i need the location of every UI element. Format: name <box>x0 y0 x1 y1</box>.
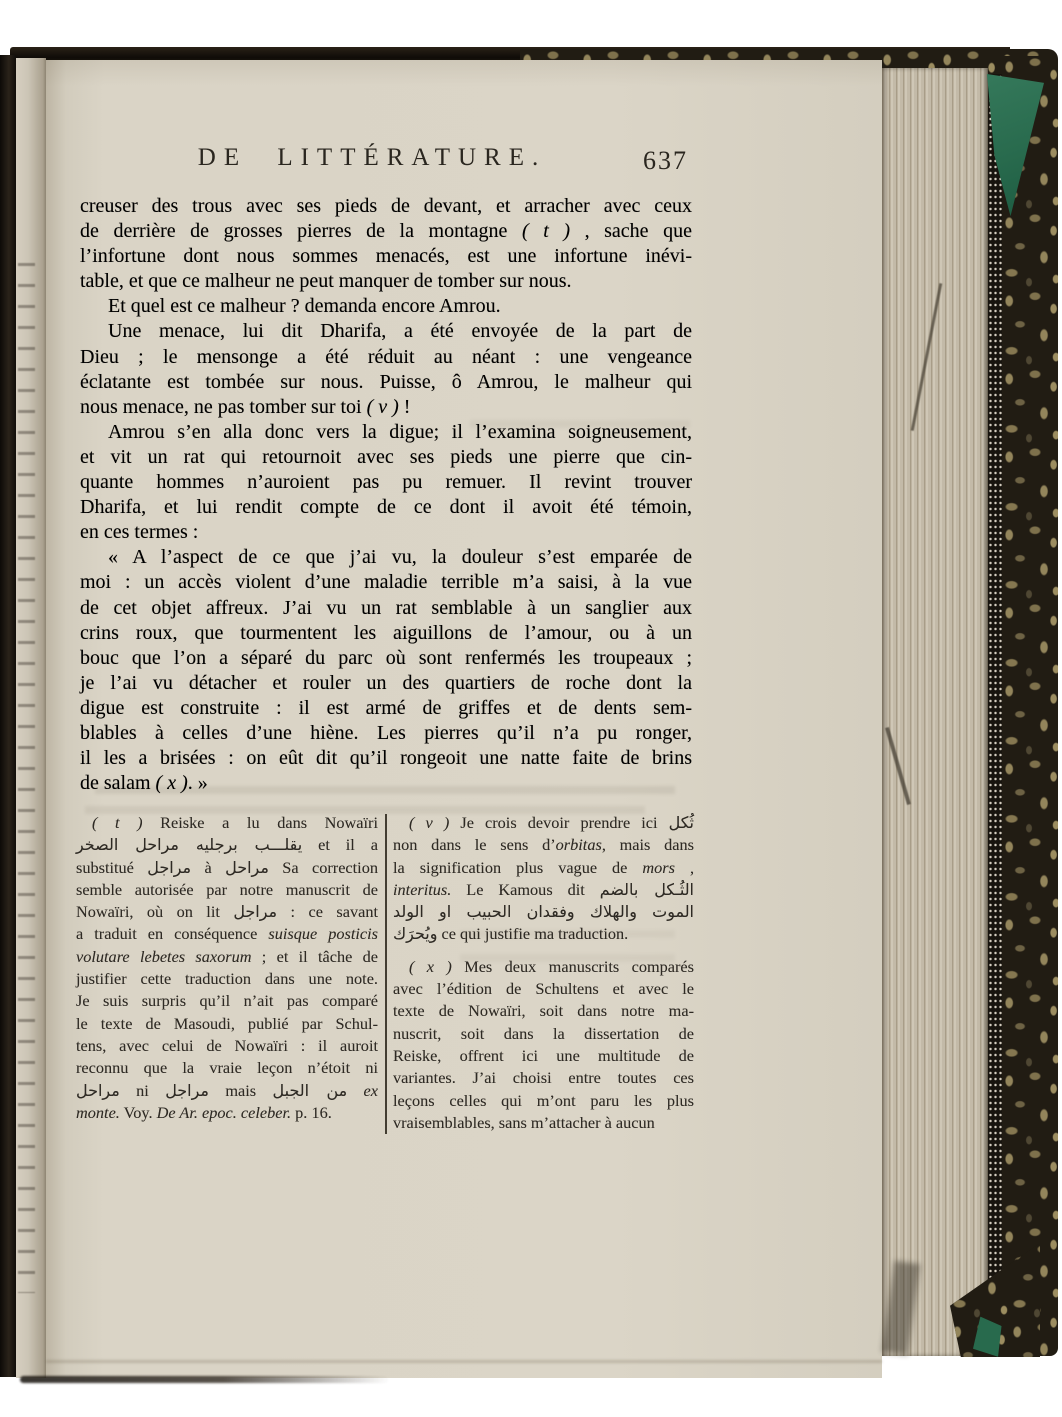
text-run: nuscrit, soit dans la dissertation de <box>393 1024 694 1043</box>
facing-page-sliver <box>16 58 46 1378</box>
text-run: non dans le sens d’ <box>393 835 556 854</box>
text-line: l’infortune dont nous sommes menacés, es… <box>80 244 692 269</box>
text-line: Amrou s’en alla donc vers la digue; il l… <box>80 420 692 445</box>
text-line: Une menace, lui dit Dharifa, a été envoy… <box>80 319 692 344</box>
italic-run: ex <box>364 1081 378 1100</box>
italic-run: interitus. <box>393 880 451 899</box>
text-run: Nowaïri, où on lit <box>76 902 233 921</box>
text-run: . » <box>188 772 208 794</box>
paragraph: Une menace, lui dit Dharifa, a été envoy… <box>80 319 692 419</box>
text-run: Dieu ; le mensonge a été réduit au néant… <box>80 346 692 368</box>
page-header-title: DE LITTÉRATURE. <box>66 144 678 172</box>
paragraph: Amrou s’en alla donc vers la digue; il l… <box>80 420 692 545</box>
footnote-right-column: ( v ) Je crois devoir prendre ici ثُكلno… <box>393 812 694 1134</box>
footnotes: ( t ) Reiske a lu dans Nowaïriيقلـــب بر… <box>76 812 694 1134</box>
text-run: nous menace, ne pas tomber sur toi <box>80 396 367 418</box>
text-line: tens, avec celui de Nowaïri : il auroit <box>76 1035 378 1057</box>
paragraph: « A l’aspect de ce que j’ai vu, la doule… <box>80 545 692 796</box>
text-line: nuscrit, soit dans la dissertation de <box>393 1023 694 1045</box>
text-run: l’infortune dont nous sommes menacés, es… <box>80 245 692 267</box>
text-line: non dans le sens d’orbitas, mais dans <box>393 834 694 856</box>
text-run: a traduit en conséquence <box>76 924 268 943</box>
arabic-run: من الجبل <box>273 1081 348 1100</box>
text-run: et il a <box>302 835 378 854</box>
text-line: quante hommes n’auroient pas pu remuer. … <box>80 470 692 495</box>
text-line: de cet objet affreux. J’ai vu un rat sem… <box>80 596 692 621</box>
arabic-run: الثُـكل بالضم <box>600 880 694 899</box>
text-line: nous menace, ne pas tomber sur toi ( v )… <box>80 395 692 420</box>
arabic-run: مراجل <box>233 902 277 921</box>
text-run: Et quel est ce malheur ? demanda encore … <box>108 295 501 317</box>
text-line: je l’ai vu détacher et rouler un des qua… <box>80 671 692 696</box>
text-run: quante hommes n’auroient pas pu remuer. … <box>80 471 692 493</box>
italic-run: De Ar. epoc. celeber. <box>157 1103 291 1122</box>
text-line: la signification plus vague de mors , <box>393 857 694 879</box>
footnote-left-column: ( t ) Reiske a lu dans Nowaïriيقلـــب بر… <box>76 812 378 1134</box>
italic-run: ( t ) <box>92 813 143 832</box>
text-run: Une menace, lui dit Dharifa, a été envoy… <box>108 320 692 342</box>
text-line: moi : un accès violent d’une maladie ter… <box>80 570 692 595</box>
text-run: Je suis surpris qu’il n’ait pas comparé <box>76 991 378 1010</box>
text-run: Reiske, offrent ici une multitude de <box>393 1046 694 1065</box>
text-run: de salam <box>80 772 156 794</box>
text-run: Dharifa, et lui rendit compte de ce dont… <box>80 496 692 518</box>
text-line: texte de Nowaïri, soit dans notre ma- <box>393 1000 694 1022</box>
text-line: الموت والهلاك وفقدان الحبيب او الولد <box>393 901 694 923</box>
text-line: vraisemblables, sans m’attacher à aucun <box>393 1112 694 1134</box>
text-run: bouc que l’on a séparé du parc où sont r… <box>80 647 692 669</box>
footnote: ( x ) Mes deux manuscrits comparésavec l… <box>393 956 694 1134</box>
page-number: 637 <box>643 146 688 176</box>
text-run: de derrière de grosses pierres de la mon… <box>80 220 522 242</box>
text-run: table, et que ce malheur ne peut manquer… <box>80 270 572 292</box>
text-line: Reiske, offrent ici une multitude de <box>393 1045 694 1067</box>
photo-of-book-page: { "colors": { "bg": "#ffffff", "page": "… <box>0 0 1062 1417</box>
text-line: Et quel est ce malheur ? demanda encore … <box>80 294 692 319</box>
text-line: a traduit en conséquence suisque postici… <box>76 923 378 945</box>
text-line: Dharifa, et lui rendit compte de ce dont… <box>80 495 692 520</box>
gutter-shadow <box>0 55 16 1377</box>
text-run: Amrou s’en alla donc vers la digue; il l… <box>108 421 692 443</box>
text-line: il les a brisées : on eût dit qu’il rong… <box>80 746 692 771</box>
text-run: : ce savant <box>277 902 378 921</box>
fore-edge-page-block <box>882 68 988 1356</box>
text-run: reconnu que la vraie leçon n’étoit ni <box>76 1058 378 1077</box>
text-line: blables à celles d’une hiène. Les pierre… <box>80 721 692 746</box>
italic-run: ( x ) <box>156 772 188 794</box>
text-run: la signification plus vague de <box>393 858 642 877</box>
text-run: substitué <box>76 858 147 877</box>
text-run: p. 16. <box>291 1103 332 1122</box>
text-run: blables à celles d’une hiène. Les pierre… <box>80 722 692 744</box>
facing-page-text-fragments <box>18 263 35 1293</box>
text-run: ni <box>120 1081 165 1100</box>
text-line: يقلـــب برجليه مراحل الصخر et il a <box>76 834 378 856</box>
text-run: « A l’aspect de ce que j’ai vu, la doule… <box>108 546 692 568</box>
text-run: leçons celles qui m’ont paru les plus <box>393 1091 694 1110</box>
italic-run: ( t ) <box>522 220 570 242</box>
text-run: ! <box>399 396 411 418</box>
text-line: creuser des trous avec ses pieds de deva… <box>80 194 692 219</box>
text-line: bouc que l’on a séparé du parc où sont r… <box>80 646 692 671</box>
text-line: éclatante est tombée sur nous. Puisse, ô… <box>80 370 692 395</box>
text-line: « A l’aspect de ce que j’ai vu, la doule… <box>80 545 692 570</box>
footnote: ( t ) Reiske a lu dans Nowaïriيقلـــب بر… <box>76 812 378 1124</box>
text-run: Mes deux manuscrits comparés <box>452 957 694 976</box>
footnote: ( v ) Je crois devoir prendre ici ثُكلno… <box>393 812 694 946</box>
text-run: éclatante est tombée sur nous. Puisse, ô… <box>80 371 692 393</box>
arabic-run: مراجل <box>165 1081 209 1100</box>
text-line: variantes. J’ai choisi entre toutes ces <box>393 1067 694 1089</box>
text-run: je l’ai vu détacher et rouler un des qua… <box>80 672 692 694</box>
text-line: reconnu que la vraie leçon n’étoit ni <box>76 1057 378 1079</box>
text-run: en ces termes : <box>80 521 198 543</box>
text-run: creuser des trous avec ses pieds de deva… <box>80 195 692 217</box>
text-run: crins roux, que tourmentent les aiguillo… <box>80 622 692 644</box>
text-run: texte de Nowaïri, soit dans notre ma- <box>393 1001 694 1020</box>
marbled-board-cover <box>1002 56 1058 1356</box>
text-line: en ces termes : <box>80 520 692 545</box>
text-run: , sache que <box>570 220 692 242</box>
text-line: interitus. Le Kamous dit الثُـكل بالضم <box>393 879 694 901</box>
text-run: tens, avec celui de Nowaïri : il auroit <box>76 1036 378 1055</box>
text-line: leçons celles qui m’ont paru les plus <box>393 1090 694 1112</box>
arabic-run: يقلـــب برجليه مراحل الصخر <box>76 835 302 854</box>
text-run: Voy. <box>120 1103 157 1122</box>
text-run: Sa correction <box>269 858 378 877</box>
text-run: Je crois devoir prendre ici <box>449 813 668 832</box>
italic-run: ( v ) <box>409 813 449 832</box>
text-line: le texte de Masoudi, publié par Schul- <box>76 1013 378 1035</box>
text-run: justifier cette traduction dans une note… <box>76 969 378 988</box>
text-line: de derrière de grosses pierres de la mon… <box>80 219 692 244</box>
text-line: de salam ( x ). » <box>80 771 692 796</box>
book-bottom-edge <box>20 1376 390 1383</box>
text-line: et vit un rat qui retournoit avec ses pi… <box>80 445 692 470</box>
text-run: vraisemblables, sans m’attacher à aucun <box>393 1113 655 1132</box>
text-run: ; et il tâche de <box>252 947 378 966</box>
text-run: il les a brisées : on eût dit qu’il rong… <box>80 747 692 769</box>
text-run: et vit un rat qui retournoit avec ses pi… <box>80 446 692 468</box>
text-line: semble autorisée par notre manuscrit de <box>76 879 378 901</box>
text-run: mais <box>209 1081 273 1100</box>
page-bottom-crease <box>46 1360 882 1363</box>
text-line: ويُحرَك ce qui justifie ma traduction. <box>393 923 694 945</box>
italic-run: suisque posticis <box>268 924 378 943</box>
text-run: Reiske a lu dans Nowaïri <box>143 813 378 832</box>
text-run: le texte de Masoudi, publié par Schul- <box>76 1014 378 1033</box>
text-run: digue est construite : il est armé de gr… <box>80 697 692 719</box>
text-line: ( x ) Mes deux manuscrits comparés <box>393 956 694 978</box>
text-run: ce qui justifie ma traduction. <box>437 924 628 943</box>
text-line: substitué مراجل à مراحل Sa correction <box>76 857 378 879</box>
text-run: à <box>191 858 225 877</box>
text-line: monte. Voy. De Ar. epoc. celeber. p. 16. <box>76 1102 378 1124</box>
text-run: , <box>675 858 694 877</box>
arabic-run: مراجل <box>147 858 191 877</box>
footnote-column-divider <box>385 814 387 1134</box>
page-header: DE LITTÉRATURE. 637 <box>80 144 692 186</box>
text-line: table, et que ce malheur ne peut manquer… <box>80 269 692 294</box>
marbled-endpaper-strip <box>988 74 1002 1346</box>
italic-run: ( x ) <box>409 957 452 976</box>
text-line: Je suis surpris qu’il n’ait pas comparé <box>76 990 378 1012</box>
text-line: مراحل ni مراجل mais من الجبل ex <box>76 1080 378 1102</box>
paragraph: creuser des trous avec ses pieds de deva… <box>80 194 692 294</box>
text-run: de cet objet affreux. J’ai vu un rat sem… <box>80 597 692 619</box>
text-line: Nowaïri, où on lit مراجل : ce savant <box>76 901 378 923</box>
arabic-run: مراحل <box>76 1081 120 1100</box>
paragraph: Et quel est ce malheur ? demanda encore … <box>80 294 692 319</box>
body-text: creuser des trous avec ses pieds de deva… <box>80 194 692 796</box>
italic-run: monte. <box>76 1103 120 1122</box>
text-line: avec l’édition de Schultens et avec le <box>393 978 694 1000</box>
text-line: crins roux, que tourmentent les aiguillo… <box>80 621 692 646</box>
arabic-run: مراحل <box>225 858 269 877</box>
text-line: Dieu ; le mensonge a été réduit au néant… <box>80 345 692 370</box>
italic-run: ( v ) <box>367 396 399 418</box>
text-run: , mais dans <box>602 835 694 854</box>
text-line: ( t ) Reiske a lu dans Nowaïri <box>76 812 378 834</box>
text-line: justifier cette traduction dans une note… <box>76 968 378 990</box>
text-run <box>347 1081 363 1100</box>
text-run: semble autorisée par notre manuscrit de <box>76 880 378 899</box>
italic-run: mors <box>642 858 675 877</box>
text-run: Le Kamous dit <box>451 880 599 899</box>
text-line: ( v ) Je crois devoir prendre ici ثُكل <box>393 812 694 834</box>
arabic-run: ثُكل <box>669 813 694 832</box>
text-line: volutare lebetes saxorum ; et il tâche d… <box>76 946 378 968</box>
arabic-run: ويُحرَك <box>393 924 437 943</box>
text-run: moi : un accès violent d’une maladie ter… <box>80 571 692 593</box>
text-run: variantes. J’ai choisi entre toutes ces <box>393 1068 694 1087</box>
italic-run: orbitas <box>556 835 602 854</box>
text-run: avec l’édition de Schultens et avec le <box>393 979 694 998</box>
arabic-run: الموت والهلاك وفقدان الحبيب او الولد <box>393 902 694 921</box>
text-line: digue est construite : il est armé de gr… <box>80 696 692 721</box>
italic-run: volutare lebetes saxorum <box>76 947 252 966</box>
